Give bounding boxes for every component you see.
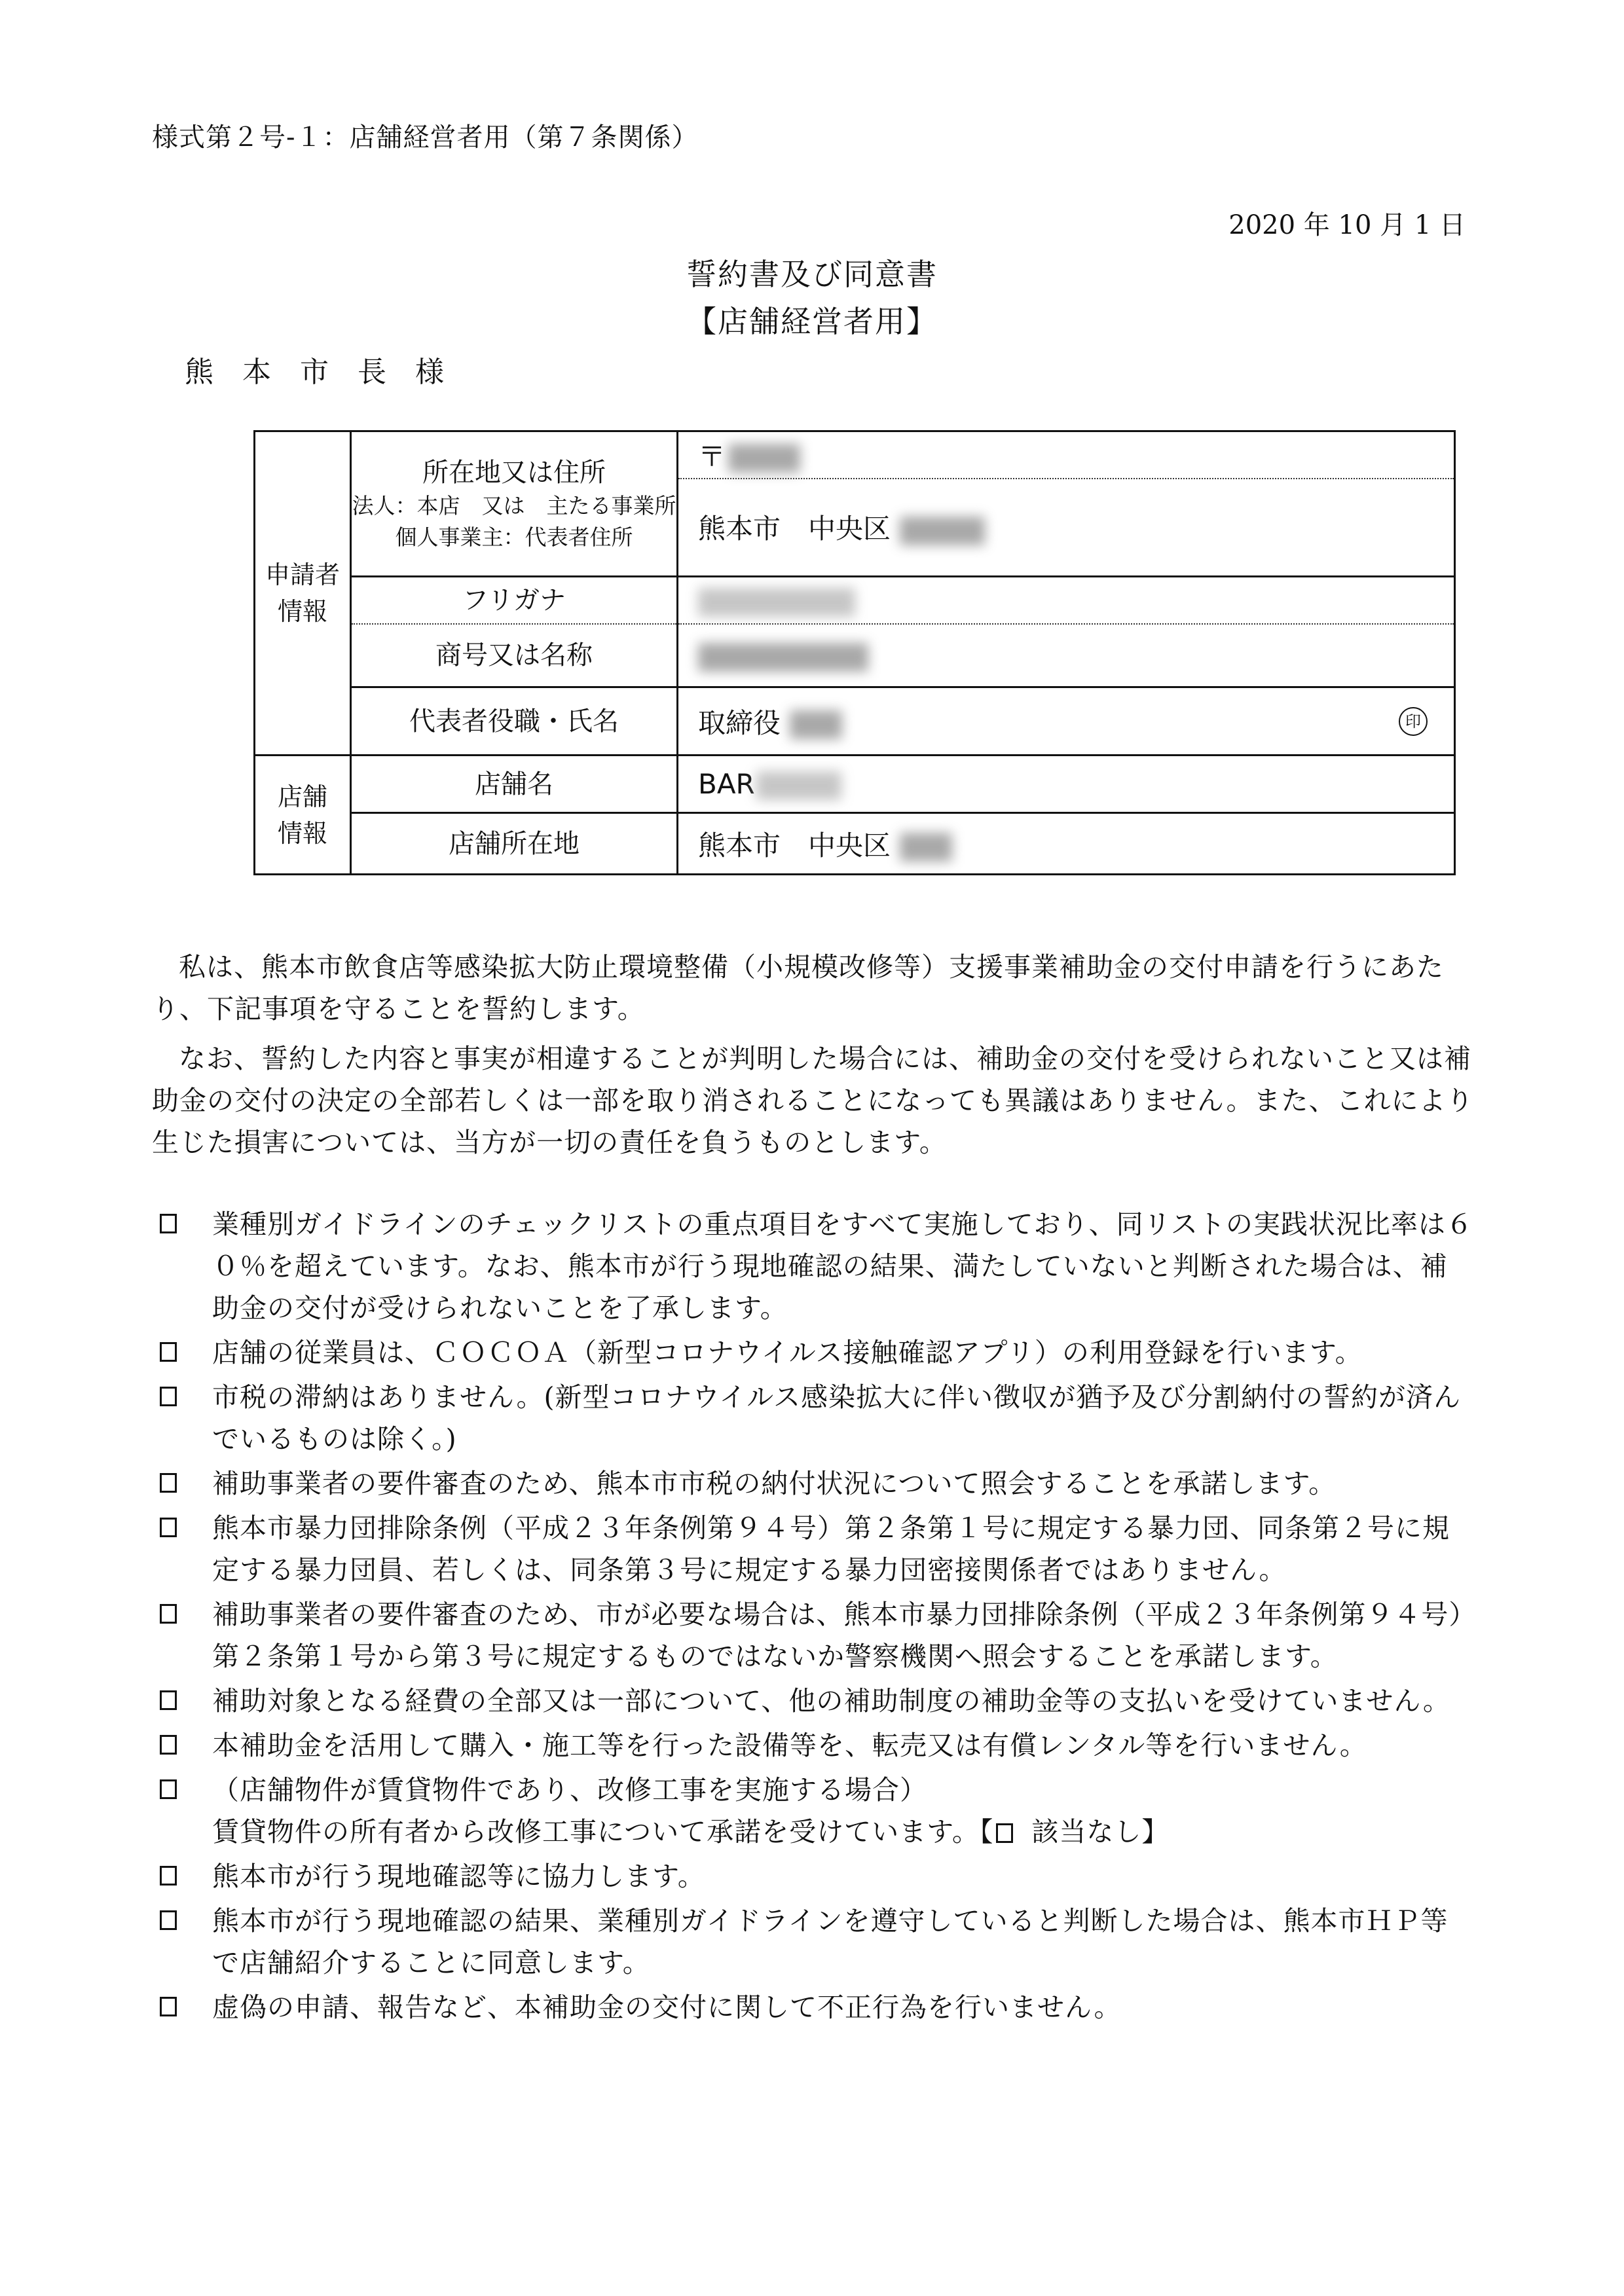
paragraph-text: なお、誓約した内容と事実が相違することが判明した場合には、補助金の交付を受けられ… [152,1038,1475,1163]
address-field[interactable]: 熊本市 中央区 [678,479,1455,577]
pledge-checklist: 業種別ガイドラインのチェックリストの重点項目をすべて実施しており、同リストの実践… [152,1203,1475,2031]
checklist-text: 補助対象となる経費の全部又は一部について、他の補助制度の補助金等の支払いを受けて… [212,1685,1450,1717]
checklist-text: 市税の滞納はありません。(新型コロナウイルス感染拡大に伴い徴収が猶予及び分割納付… [212,1381,1461,1455]
representative-field[interactable]: 取締役 印 [678,687,1455,756]
checklist-text: 熊本市が行う現地確認の結果、業種別ガイドラインを遵守していると判断した場合は、熊… [212,1905,1449,1978]
store-name-redacted [756,771,841,800]
store-address-label: 店舗所在地 [351,813,678,875]
address-redacted [900,517,985,545]
seal-mark-icon: 印 [1399,707,1428,736]
applicant-group-label: 申請者 情報 [255,431,351,756]
applicant-info-table: 申請者 情報 所在地又は住所 法人：本店 又は 主たる事業所 個人事業主：代表者… [253,430,1456,875]
furigana-field[interactable] [678,577,1455,624]
address-note-corporate: 法人：本店 又は 主たる事業所 [352,490,676,522]
checklist-item: 熊本市暴力団排除条例（平成２３年条例第９４号）第２条第１号に規定する暴力団、同条… [152,1507,1475,1591]
store-address-field[interactable]: 熊本市 中央区 [678,813,1455,875]
checklist-text: （店舗物件が賃貸物件であり、改修工事を実施する場合） [212,1774,927,1806]
checkbox[interactable] [160,1910,177,1930]
address-label-cell: 所在地又は住所 法人：本店 又は 主たる事業所 個人事業主：代表者住所 [351,431,678,577]
checklist-item: 店舗の従業員は、ＣＯＣＯＡ（新型コロナウイルス接触確認アプリ）の利用登録を行いま… [152,1332,1475,1374]
postal-code-redacted [728,444,800,473]
store-address-redacted [900,833,952,862]
checkbox[interactable] [160,1779,177,1799]
checkbox[interactable] [160,1214,177,1233]
representative-label: 代表者役職・氏名 [351,687,678,756]
checklist-item: 熊本市が行う現地確認の結果、業種別ガイドラインを遵守していると判断した場合は、熊… [152,1900,1475,1984]
checklist-text: 業種別ガイドラインのチェックリストの重点項目をすべて実施しており、同リストの実践… [212,1209,1473,1324]
checkbox[interactable] [160,1342,177,1362]
checkbox[interactable] [160,1690,177,1710]
document-date: 2020 年 10 月 1 日 [1228,204,1466,242]
trade-name-label: 商号又は名称 [351,624,678,687]
subline-text: 賃貸物件の所有者から改修工事について承諾を受けています。【 [212,1816,993,1848]
checklist-item: 虚偽の申請、報告など、本補助金の交付に関して不正行為を行いません。 [152,1986,1475,2028]
address-label: 所在地又は住所 [422,458,606,488]
store-address-visible: 熊本市 中央区 [698,829,891,862]
addressee: 熊本市長様 [185,348,473,390]
furigana-redacted [698,588,855,617]
group-label-line: 情報 [255,815,350,852]
checklist-text: 虚偽の申請、報告など、本補助金の交付に関して不正行為を行いません。 [212,1992,1121,2023]
furigana-label: フリガナ [351,577,678,624]
postal-mark: 〒 [698,441,726,473]
addressee-char: 市 [300,348,329,390]
store-name-field[interactable]: BAR [678,756,1455,813]
addressee-char: 様 [415,348,444,390]
checklist-item: 補助事業者の要件審査のため、市が必要な場合は、熊本市暴力団排除条例（平成２３年条… [152,1594,1475,1677]
checklist-item: 補助対象となる経費の全部又は一部について、他の補助制度の補助金等の支払いを受けて… [152,1680,1475,1722]
checklist-item: （店舗物件が賃貸物件であり、改修工事を実施する場合） 賃貸物件の所有者から改修工… [152,1769,1475,1853]
checklist-text: 熊本市暴力団排除条例（平成２３年条例第９４号）第２条第１号に規定する暴力団、同条… [212,1512,1450,1586]
postal-code-field[interactable]: 〒 [678,431,1455,479]
address-visible: 熊本市 中央区 [698,513,891,545]
form-identifier: 様式第２号-１：店舗経営者用（第７条関係） [152,117,699,154]
store-group-label: 店舗 情報 [255,756,351,875]
checklist-item: 補助事業者の要件審査のため、熊本市市税の納付状況について照会することを承諾します… [152,1463,1475,1504]
checklist-subline: 賃貸物件の所有者から改修工事について承諾を受けています。【該当なし】 [212,1811,1475,1853]
checkbox[interactable] [160,1997,177,2016]
pledge-paragraph-2: なお、誓約した内容と事実が相違することが判明した場合には、補助金の交付を受けられ… [152,1038,1475,1163]
trade-name-field[interactable] [678,624,1455,687]
addressee-char: 長 [358,348,386,390]
pledge-paragraph-1: 私は、熊本市飲食店等感染拡大防止環境整備（小規模改修等）支援事業補助金の交付申請… [152,946,1475,1030]
checkbox[interactable] [160,1387,177,1406]
group-label-line: 情報 [255,593,350,630]
addressee-char: 本 [242,348,271,390]
group-label-line: 店舗 [255,778,350,815]
checklist-text: 本補助金を活用して購入・施工等を行った設備等を、転売又は有償レンタル等を行いませ… [212,1730,1367,1761]
checklist-text: 補助事業者の要件審査のため、市が必要な場合は、熊本市暴力団排除条例（平成２３年条… [212,1599,1463,1672]
checklist-item: 業種別ガイドラインのチェックリストの重点項目をすべて実施しており、同リストの実践… [152,1203,1475,1329]
document-subtitle: 【店舗経営者用】 [0,298,1624,341]
addressee-char: 熊 [185,348,213,390]
checklist-item: 本補助金を活用して購入・施工等を行った設備等を、転売又は有償レンタル等を行いませ… [152,1724,1475,1766]
not-applicable-checkbox[interactable] [996,1823,1013,1843]
checklist-item: 熊本市が行う現地確認等に協力します。 [152,1855,1475,1897]
checklist-item: 市税の滞納はありません。(新型コロナウイルス感染拡大に伴い徴収が猶予及び分割納付… [152,1376,1475,1460]
checklist-text: 店舗の従業員は、ＣＯＣＯＡ（新型コロナウイルス接触確認アプリ）の利用登録を行いま… [212,1337,1363,1368]
checkbox[interactable] [160,1735,177,1755]
checklist-text: 熊本市が行う現地確認等に協力します。 [212,1861,705,1892]
address-note-individual: 個人事業主：代表者住所 [352,522,676,553]
checkbox[interactable] [160,1866,177,1886]
store-name-label: 店舗名 [351,756,678,813]
paragraph-text: 私は、熊本市飲食店等感染拡大防止環境整備（小規模改修等）支援事業補助金の交付申請… [152,946,1475,1030]
document-title: 誓約書及び同意書 [0,251,1624,294]
representative-name-redacted [790,710,842,739]
checkbox[interactable] [160,1604,177,1624]
not-applicable-label: 該当なし】 [1031,1816,1169,1848]
checkbox[interactable] [160,1473,177,1493]
representative-title: 取締役 [698,707,781,739]
checkbox[interactable] [160,1518,177,1537]
store-name-visible: BAR [698,768,755,800]
checklist-text: 補助事業者の要件審査のため、熊本市市税の納付状況について照会することを承諾します… [212,1468,1336,1499]
group-label-line: 申請者 [255,556,350,593]
trade-name-redacted [698,643,868,672]
